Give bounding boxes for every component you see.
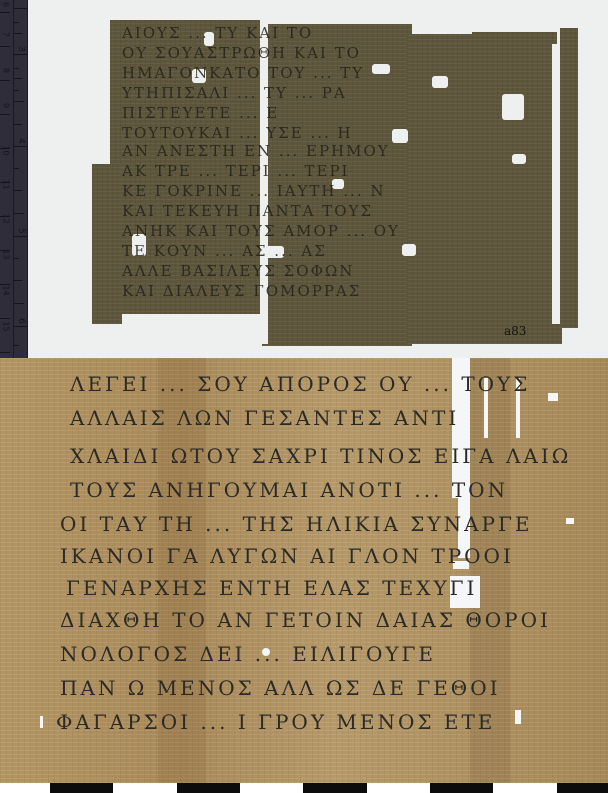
ruler-tick bbox=[14, 8, 27, 9]
scale-bar-segment bbox=[557, 783, 608, 793]
ruler-tick bbox=[14, 258, 19, 259]
ruler-cm-label: 8 bbox=[2, 65, 11, 77]
ruler-tick bbox=[0, 80, 10, 81]
ruler-tick bbox=[14, 213, 24, 214]
papyrus-seam bbox=[552, 44, 560, 324]
papyrus-piece bbox=[560, 28, 578, 328]
lower-papyrus-fragment: ΛΕΓΕΙ ... ΣΟΥ ΑΠΟΡΟΣ ΟΥ ... ΤΟΥΣ ΑΛΛΑΙΣ … bbox=[0, 358, 608, 783]
ruler-tick bbox=[0, 318, 10, 319]
scale-bar-segment bbox=[430, 783, 493, 793]
papyrus-hole bbox=[402, 244, 416, 256]
ruler-cm-label: 14 bbox=[2, 285, 11, 297]
ruler-tick bbox=[14, 33, 22, 34]
text-line: ΑΝΗΚ ΚΑΙ ΤΟΥΣ ΑΜΟΡ ... ΟΥ bbox=[122, 222, 400, 240]
text-line: ΚΑΙ ΤΕΚΕΥΗ ΠΑΝΤΑ ΤΟΥΣ bbox=[122, 202, 373, 220]
scale-bar-segment bbox=[50, 783, 113, 793]
ruler-cm-label: 10 bbox=[2, 145, 11, 157]
ruler-tick bbox=[14, 190, 22, 191]
text-line: ΠΑΝ Ω ΜΕΝΟΣ ΑΛΛ ΩΣ ΔΕ ΓΕΘΟΙ bbox=[60, 676, 501, 700]
ruler-tick bbox=[14, 280, 22, 281]
ruler-inch-label: 6 bbox=[16, 315, 26, 327]
papyrus-hole bbox=[512, 154, 526, 164]
text-line: ΚΕ ΓΟΚΡΙΝΕ ... ΙΑΥΤΗ ... Ν bbox=[122, 182, 385, 200]
scale-bar-segment bbox=[303, 783, 367, 793]
papyrus-gap bbox=[566, 518, 574, 524]
ruler-tick bbox=[14, 124, 22, 125]
text-line: ΤΟΥΤΟΥΚΑΙ ... ΥΣΕ ... Η bbox=[122, 124, 353, 142]
ruler-cm-label: 6 bbox=[2, 0, 11, 11]
ruler-tick bbox=[14, 168, 19, 169]
papyrus-hole bbox=[392, 129, 408, 143]
text-line: ΧΛΑΙΔΙ ΩΤΟΥ ΣΑΧΡΙ ΤΙΝΟΣ ΕΙΓΑ ΛΑΙΩ bbox=[70, 444, 571, 468]
text-line: ΑΛΛΑΙΣ ΛΩΝ ΓΕΣΑΝΤΕΣ ΑΝΤΙ bbox=[70, 406, 459, 430]
text-line: ΤΕ ΚΟΥΝ ... ΑΣ ... ΑΣ bbox=[122, 242, 327, 260]
ruler-tick bbox=[0, 12, 10, 13]
scale-bar-segment bbox=[177, 783, 240, 793]
ruler-tick bbox=[14, 68, 19, 69]
ruler-tick bbox=[0, 46, 10, 47]
papyrus-hole bbox=[372, 64, 390, 74]
text-line: ΟΥ ΣΟΥΑΣΤΡΩΘΗ ΚΑΙ ΤΟ bbox=[122, 44, 361, 62]
ruler-cm-label: 15 bbox=[2, 321, 11, 333]
ruler-cm-label: 13 bbox=[2, 249, 11, 261]
text-line: ΗΜΑΓΟΝΚΑΤΟ ΤΟΥ ... ΤΥ bbox=[122, 64, 364, 82]
papyrus-gap bbox=[515, 710, 521, 724]
ruler-tick bbox=[14, 90, 19, 91]
text-line: ΤΟΥΣ ΑΝΗΓΟΥΜΑΙ ΑΝΟΤΙ ... ΤΟΝ bbox=[70, 478, 508, 502]
scale-bar bbox=[0, 783, 608, 793]
ruler-tick bbox=[14, 101, 24, 102]
papyrus-edge bbox=[122, 314, 262, 344]
ruler-tick bbox=[0, 352, 10, 353]
papyrus-gap bbox=[548, 393, 558, 401]
papyrus-edge bbox=[412, 14, 472, 34]
text-line: ΛΕΓΕΙ ... ΣΟΥ ΑΠΟΡΟΣ ΟΥ ... ΤΟΥΣ bbox=[70, 372, 530, 396]
ruler-cm-label: 11 bbox=[2, 179, 11, 191]
text-line: ΑΛΛΕ ΒΑΣΙΛΕΥΣ ΣΟΦΩΝ bbox=[122, 262, 354, 280]
upper-papyrus-fragment: ΑΙΟΥΣ ... ΤΥ ΚΑΙ ΤΟ ΟΥ ΣΟΥΑΣΤΡΩΘΗ ΚΑΙ ΤΟ… bbox=[92, 14, 582, 344]
text-line: ΟΙ ΤΑΥ ΤΗ ... ΤΗΣ ΗΛΙΚΙΑ ΣΥΝΑΡΓΕ bbox=[60, 512, 533, 536]
ruler-inch-label: 4 bbox=[16, 135, 26, 147]
papyrus-gap bbox=[40, 716, 43, 728]
ruler-cm-label: 7 bbox=[2, 29, 11, 41]
text-line: ΓΕΝΑΡΧΗΣ ΕΝΤΗ ΕΛΑΣ ΤΕΧΥΓΙ bbox=[66, 576, 477, 600]
ruler-tick bbox=[14, 22, 19, 23]
text-line: ΑΙΟΥΣ ... ΤΥ ΚΑΙ ΤΟ bbox=[122, 24, 313, 42]
papyrus-hole bbox=[502, 94, 524, 120]
text-line: ΑΚ ΤΡΕ ... ΤΕΡΙ ... ΤΕΡΙ bbox=[122, 162, 349, 180]
papyrus-piece bbox=[92, 164, 122, 324]
text-line: ΥΤΗΠΙΣΑΛΙ ... ΤΥ ... ΡΑ bbox=[122, 84, 347, 102]
ruler-cm-label: 12 bbox=[2, 213, 11, 225]
ruler-tick bbox=[0, 114, 10, 115]
text-line: ΝΟΛΟΓΟΣ ΔΕΙ ... ΕΙΛΙΓΟΥΓΕ bbox=[60, 642, 436, 666]
measurement-ruler: 6 7 8 9 10 11 12 13 14 15 3 4 5 6 bbox=[0, 0, 28, 358]
inventory-mark: a83 bbox=[504, 324, 526, 338]
papyrus-edge bbox=[92, 14, 110, 164]
text-line: ΙΚΑΝΟΙ ΓΑ ΛΥΓΩΝ ΑΙ ΓΛΟΝ ΤΡΟΟΙ bbox=[60, 544, 514, 568]
text-line: ΦΑΓΑΡΣΟΙ ... Ι ΓΡΟΥ ΜΕΝΟΣ ΕΤΕ bbox=[56, 710, 495, 734]
ruler-inch-label: 5 bbox=[16, 225, 26, 237]
text-line: ΚΑΙ ΔΙΑΛΕΥΣ ΓΟΜΟΡΡΑΣ bbox=[122, 282, 361, 300]
ruler-tick bbox=[14, 345, 19, 346]
ruler-cm-label: 9 bbox=[2, 100, 11, 112]
ruler-tick bbox=[14, 78, 22, 79]
ruler-tick bbox=[14, 303, 24, 304]
papyrus-hole bbox=[432, 76, 448, 88]
text-line: ΠΙΣΤΕΥΕΤΕ ... Ε bbox=[122, 104, 279, 122]
text-line: ΑΝ ΑΝΕΣΤΗ ΕΝ ... ΕΡΗΜΟΥ bbox=[122, 142, 390, 160]
top-fragment-photo: 6 7 8 9 10 11 12 13 14 15 3 4 5 6 bbox=[0, 0, 608, 358]
text-line: ΔΙΑΧΘΗ ΤΟ ΑΝ ΓΕΤΟΙΝ ΔΑΙΑΣ ΘΟΡΟΙ bbox=[60, 608, 551, 632]
ruler-inch-label: 3 bbox=[16, 43, 26, 55]
